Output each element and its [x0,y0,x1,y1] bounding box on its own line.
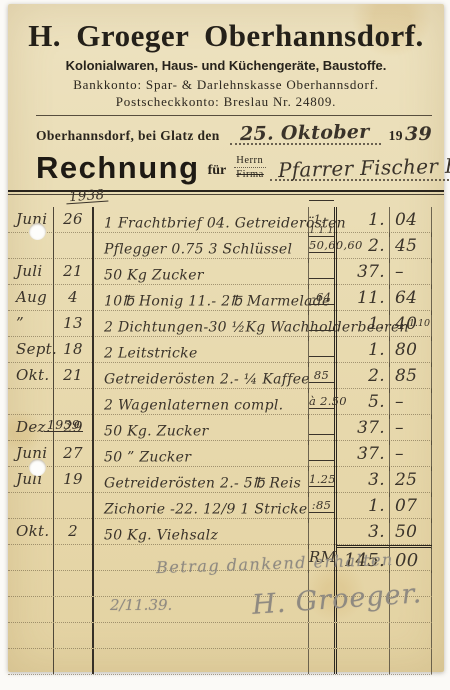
empty-row [8,649,432,675]
postal-account-line: Postscheckkonto: Breslau Nr. 24809. [8,94,444,110]
total-pfennig: 00 [390,545,432,573]
invoice-title-line: Rechnung für Herrn Firma Pfarrer Fischer… [36,154,430,182]
firma-label-struck: Firma [234,168,266,181]
company-tagline: Kolonialwaren, Haus- und Küchengeräte, B… [8,58,444,73]
invoice-sheet: H. Groeger Oberhannsdorf. Kolonialwaren,… [8,4,444,672]
empty-row [8,623,432,649]
cell-month [8,545,54,573]
company-name: H. Groeger Oberhannsdorf. [8,20,444,53]
table-row: Juli 19 Getreiderösten 2.- 5℔ Reis 1.25 … [8,467,432,493]
table-row: Aug 4 10℔ Honig 11.- 2℔ Marmelade -64 11… [8,285,432,311]
table-row: ” 13 2 Dichtungen-30 ½Kg Wachholderbeere… [8,311,432,337]
year-1939-label: 1939 [44,419,83,432]
cell-day [54,545,94,573]
table-row: Okt. 21 Getreiderösten 2.- ¼ Kaffee 85 2… [8,363,432,389]
table-row: Juni 26 1 Frachtbrief 04. Getreiderösten… [8,207,432,233]
place-label: Oberhannsdorf, bei Glatz den [36,128,220,144]
punch-hole [29,459,46,476]
letterhead: H. Groeger Oberhannsdorf. Kolonialwaren,… [8,20,444,110]
fuer-label: für [208,163,227,179]
invoice-title: Rechnung [36,154,200,182]
table-row: Juni 27 50 ” Zucker 37. – [8,441,432,467]
date-underline: 25. Oktober [230,126,381,145]
date-line: Oberhannsdorf, bei Glatz den 25. Oktober… [36,123,432,146]
year-prefix: 19 [389,128,403,144]
handwritten-year: 39 [405,123,432,145]
table-row: 2 Wagenlaternen compl. à 2.50 5. – [8,389,432,415]
year-1938-label: 1938 [66,189,108,205]
table-row: Okt. 2 50 Kg. Viehsalz 3. 50 [8,519,432,545]
receipt-date: 2/11.39. [110,596,172,614]
salutation-stack: Herrn Firma [234,154,266,181]
punch-hole [29,223,46,240]
recipient-underline: Pfarrer Fischer Hochw. [270,155,450,181]
bank-account-line: Bankkonto: Spar- & Darlehnskasse Oberhan… [8,77,444,93]
table-row: Juli 21 50 Kg Zucker 37. – [8,259,432,285]
handwritten-recipient: Pfarrer Fischer Hochw. [278,152,450,182]
table-row: Sept. 18 2 Leitstricke 1. 80 [8,337,432,363]
herrn-label: Herrn [234,154,266,168]
table-row: Zichorie -22. 12/9 1 Stricke :85 1. 07 [8,493,432,519]
handwritten-date: 25. Oktober [240,124,370,140]
header-divider [36,115,432,116]
table-row: Pflegger 0.75 3 Schlüssel 1 1 150,60,60 … [8,233,432,259]
